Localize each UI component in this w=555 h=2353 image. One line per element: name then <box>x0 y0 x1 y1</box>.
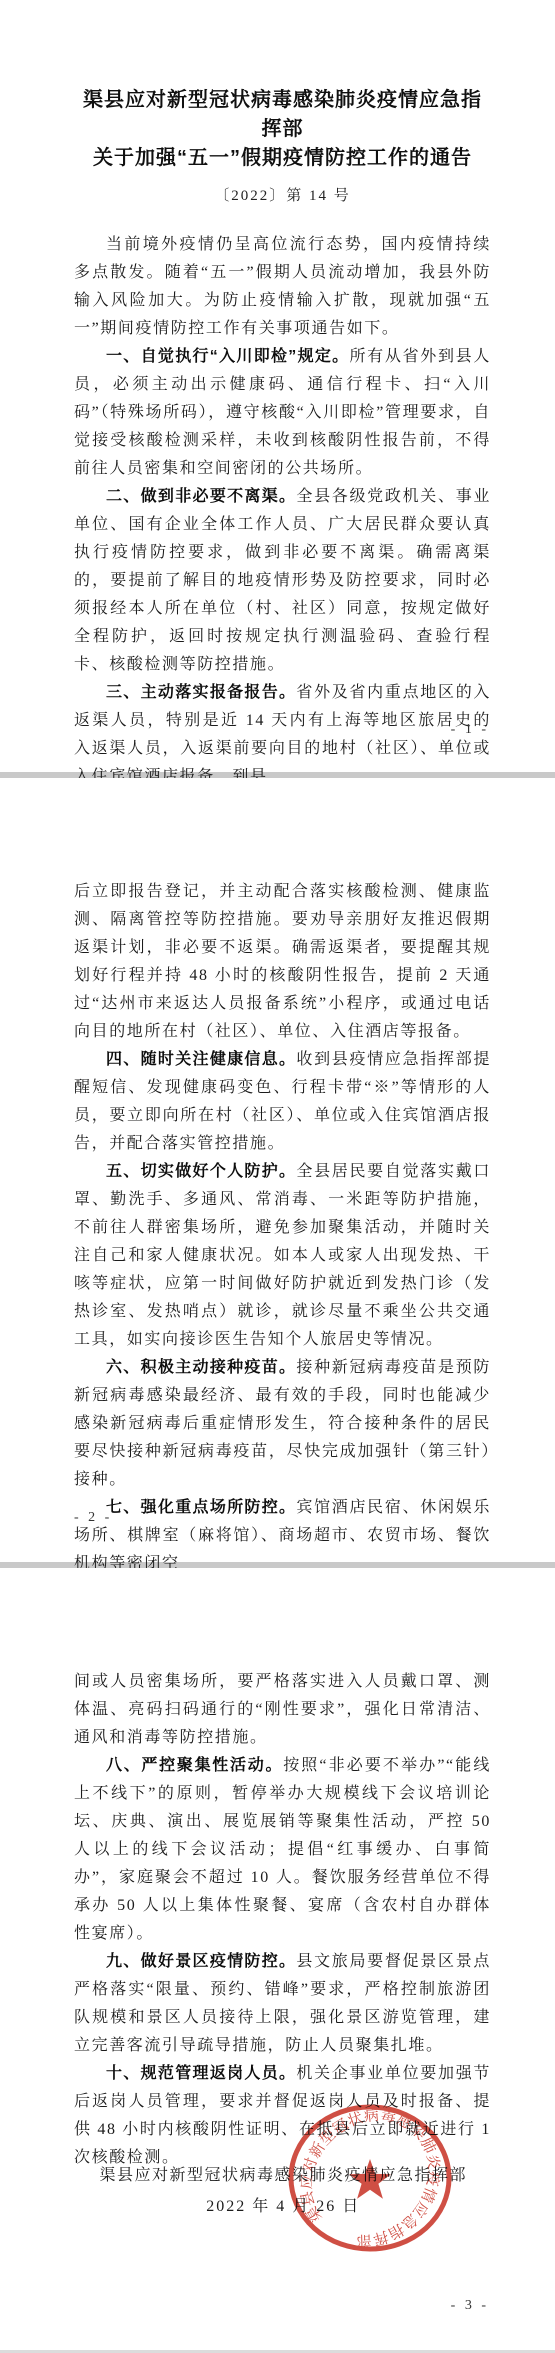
continuation-paragraph: 后立即报告登记，并主动配合落实核酸检测、健康监测、隔离管控等防控措施。要劝导亲朋… <box>74 878 491 1046</box>
page-number-2: - 2 - <box>74 1510 112 1526</box>
document-title-line-1: 渠县应对新型冠状病毒感染肺炎疫情应急指挥部 <box>74 86 491 144</box>
item-1-paragraph: 一、自觉执行“入川即检”规定。所有从省外到县人员，必须主动出示健康码、通信行程卡… <box>74 343 491 483</box>
item-8-heading: 八、严控聚集性活动。 <box>106 1757 283 1774</box>
item-6-paragraph: 六、积极主动接种疫苗。接种新冠病毒疫苗是预防新冠病毒感染最经济、最有效的手段，同… <box>74 1354 491 1494</box>
document-page-3: 间或人员密集场所，要严格落实进入人员戴口罩、测体温、亮码扫码通行的“刚性要求”，… <box>0 1568 555 2353</box>
page-2-body: 后立即报告登记，并主动配合落实核酸检测、健康监测、隔离管控等防控措施。要劝导亲朋… <box>74 878 491 1578</box>
item-3-heading: 三、主动落实报备报告。 <box>106 684 296 701</box>
item-9-heading: 九、做好景区疫情防控。 <box>106 1953 296 1970</box>
item-9-paragraph: 九、做好景区疫情防控。县文旅局要督促景区景点严格落实“限量、预约、错峰”要求，严… <box>74 1948 491 2060</box>
document-number: 〔2022〕第 14 号 <box>74 184 491 205</box>
item-4-heading: 四、随时关注健康信息。 <box>106 1051 296 1068</box>
seal-star-icon <box>349 2159 391 2199</box>
item-2-paragraph: 二、做到非必要不离渠。全县各级党政机关、事业单位、国有企业全体工作人员、广大居民… <box>74 483 491 679</box>
item-6-heading: 六、积极主动接种疫苗。 <box>106 1359 296 1376</box>
item-3-paragraph: 三、主动落实报备报告。省外及省内重点地区的入返渠人员，特别是近 14 天内有上海… <box>74 679 491 791</box>
document-page-1: 渠县应对新型冠状病毒感染肺炎疫情应急指挥部 关于加强“五一”假期疫情防控工作的通… <box>0 0 555 772</box>
page-number-1: - 1 - <box>451 722 489 738</box>
document-title-line-2: 关于加强“五一”假期疫情防控工作的通告 <box>74 144 491 173</box>
item-4-paragraph: 四、随时关注健康信息。收到县疫情应急指挥部提醒短信、发现健康码变色、行程卡带“※… <box>74 1046 491 1158</box>
item-5-paragraph: 五、切实做好个人防护。全县居民要自觉落实戴口罩、勤洗手、多通风、常消毒、一米距等… <box>74 1158 491 1354</box>
page-3-body: 间或人员密集场所，要严格落实进入人员戴口罩、测体温、亮码扫码通行的“刚性要求”，… <box>74 1668 491 2172</box>
item-2-heading: 二、做到非必要不离渠。 <box>106 488 296 505</box>
document-scan-viewport: 渠县应对新型冠状病毒感染肺炎疫情应急指挥部 关于加强“五一”假期疫情防控工作的通… <box>0 0 555 2353</box>
intro-paragraph: 当前境外疫情仍呈高位流行态势，国内疫情持续多点散发。随着“五一”假期人员流动增加… <box>74 231 491 343</box>
item-8-paragraph: 八、严控聚集性活动。按照“非必要不举办”“能线上不线下”的原则，暂停举办大规模线… <box>74 1752 491 1948</box>
item-5-heading: 五、切实做好个人防护。 <box>106 1163 296 1180</box>
item-1-heading: 一、自觉执行“入川即检”规定。 <box>106 348 349 365</box>
item-10-heading: 十、规范管理返岗人员。 <box>106 2065 296 2082</box>
item-7-heading: 七、强化重点场所防控。 <box>106 1499 296 1516</box>
official-seal: 渠县应对新型冠状病毒感染肺炎疫情应急指挥部 <box>283 2101 457 2255</box>
continuation-paragraph: 间或人员密集场所，要严格落实进入人员戴口罩、测体温、亮码扫码通行的“刚性要求”，… <box>74 1668 491 1752</box>
page-1-body: 当前境外疫情仍呈高位流行态势，国内疫情持续多点散发。随着“五一”假期人员流动增加… <box>74 231 491 791</box>
document-page-2: 后立即报告登记，并主动配合落实核酸检测、健康监测、隔离管控等防控措施。要劝导亲朋… <box>0 778 555 1562</box>
item-7-paragraph: 七、强化重点场所防控。宾馆酒店民宿、休闲娱乐场所、棋牌室（麻将馆）、商场超市、农… <box>74 1494 491 1578</box>
page-number-3: - 3 - <box>451 2298 489 2314</box>
